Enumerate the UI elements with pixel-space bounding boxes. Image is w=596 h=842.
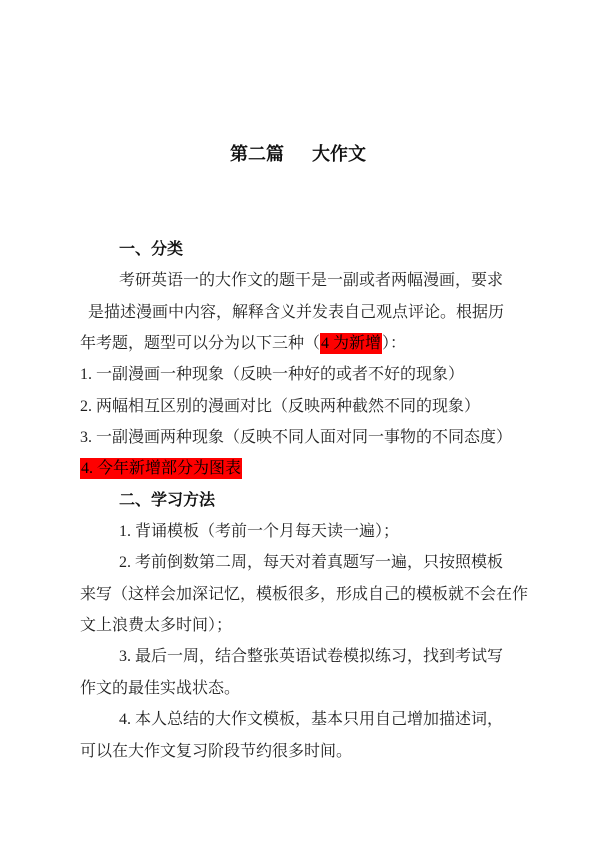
document-page: 第二篇大作文 一、分类 考研英语一的大作文的题干是一副或者两幅漫画，要求 是描述…	[0, 0, 596, 842]
method-item-3-line-2: 作文的最佳实战状态。	[80, 673, 520, 704]
intro-line-3-suffix: ）：	[382, 335, 406, 352]
list-item-type-1: 1. 一副漫画一种现象（反映一种好的或者不好的现象）	[80, 359, 520, 390]
method-item-2-line-3: 文上浪费太多时间）；	[80, 610, 520, 641]
intro-paragraph-line-3: 年考题，题型可以分为以下三种（4 为新增）：	[80, 328, 520, 359]
highlight-new-addition-note: 4 为新增	[320, 333, 382, 354]
method-item-4-line-2: 可以在大作文复习阶段节约很多时间。	[80, 736, 520, 767]
intro-line-3-prefix: 年考题，题型可以分为以下三种（	[80, 335, 320, 352]
page-title: 第二篇大作文	[0, 141, 596, 167]
method-item-1: 1. 背诵模板（考前一个月每天读一遍）；	[80, 516, 520, 547]
method-item-2-line-2: 来写（这样会加深记忆，模板很多，形成自己的模板就不会在作	[80, 579, 520, 610]
intro-paragraph-line-2: 是描述漫画中内容，解释含义并发表自己观点评论。根据历	[80, 297, 520, 328]
page-title-chapter: 第二篇	[230, 144, 284, 164]
method-item-2-line-1: 2. 考前倒数第二周，每天对着真题写一遍，只按照模板	[80, 547, 520, 578]
intro-paragraph-line-1: 考研英语一的大作文的题干是一副或者两幅漫画，要求	[80, 265, 520, 296]
method-item-3-line-1: 3. 最后一周，结合整张英语试卷模拟练习，找到考试写	[80, 641, 520, 672]
document-body: 一、分类 考研英语一的大作文的题干是一副或者两幅漫画，要求 是描述漫画中内容，解…	[80, 234, 520, 767]
list-item-type-2: 2. 两幅相互区别的漫画对比（反映两种截然不同的现象）	[80, 391, 520, 422]
highlight-chart-new-type: 4. 今年新增部分为图表	[80, 458, 242, 479]
page-title-name: 大作文	[312, 144, 366, 164]
list-item-type-3: 3. 一副漫画两种现象（反映不同人面对同一事物的不同态度）	[80, 422, 520, 453]
method-item-4-line-1: 4. 本人总结的大作文模板，基本只用自己增加描述词，	[80, 704, 520, 735]
section-heading-study-method: 二、学习方法	[80, 485, 520, 516]
section-heading-classification: 一、分类	[80, 234, 520, 265]
list-item-type-4: 4. 今年新增部分为图表	[80, 453, 520, 484]
